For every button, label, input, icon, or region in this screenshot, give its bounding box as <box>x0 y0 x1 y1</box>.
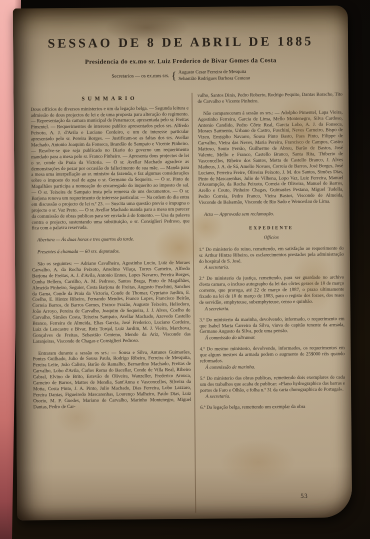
presidency-line: Presidencia do ex.mo sr. Luiz Frederico … <box>13 56 348 66</box>
deputies-present-list: São os seguintes: — Adriano Cavalheiro, … <box>32 260 191 345</box>
abertura-line: Abertura — Ás duas horas e tres quartos … <box>32 236 190 243</box>
officio-text: 4.º Do mesmo ministerio, devolvendo, inf… <box>200 345 345 364</box>
officio-action: A secretaria. <box>199 264 344 271</box>
officio-action: A secretaria. <box>200 393 345 400</box>
session-title: SESSAO DE 8 DE ABRIL DE 1885 <box>13 34 348 52</box>
officio-item-2: 2.º Do ministerio da justiça, remettendo… <box>199 275 344 312</box>
officio-item-6: 6.º Da legação belga, remettendo um exem… <box>200 404 345 411</box>
deputies-absent-list: Não compareceram á sessão os srs.: — Ado… <box>198 109 344 205</box>
deputies-list-continuation: valho, Santos Dinis, Pedro Roberto, Rodr… <box>198 92 343 105</box>
officio-text: 6.º Da legação belga, remettendo um exem… <box>200 404 345 411</box>
presentes-line: Presentes á chamada — 60 srs. deputados. <box>32 248 190 255</box>
officio-item-4: 4.º Do mesmo ministerio, devolvendo, inf… <box>200 345 345 371</box>
brace-glyph: { <box>171 71 176 82</box>
officio-action: Á commissão de marinha. <box>200 364 345 371</box>
officio-item-3: 3.º Do ministerio da marinha, devolvendo… <box>199 316 344 342</box>
officio-text: 2.º Do ministerio da justiça, remettendo… <box>199 275 344 306</box>
two-column-body: SUMMARIO Dous officios de diversos minis… <box>31 92 347 515</box>
acta-line: Acta — Approvada sem reclamação. <box>199 211 344 218</box>
expediente-heading: EXPEDIENTE <box>199 225 344 232</box>
officio-action: Á commissão do ultramar. <box>200 334 345 341</box>
summario-heading: SUMMARIO <box>31 95 189 103</box>
officio-text: 5.º Do ministerio das obras publicas, re… <box>200 374 345 393</box>
page-number: 53 <box>301 493 309 500</box>
officio-text: 3.º Do ministerio da marinha, devolvendo… <box>199 316 344 335</box>
session-header: SESSAO DE 8 DE ABRIL DE 1885 Presidencia… <box>13 6 349 91</box>
officio-item-1: 1.º Do ministerio do reino, remettendo, … <box>199 245 344 271</box>
secretaries-label: Secretarios — os ex.mos srs. <box>112 73 170 79</box>
officio-text: 1.º Do ministerio do reino, remettendo, … <box>199 245 344 264</box>
photo-of-book-page: SESSAO DE 8 DE ABRIL DE 1885 Presidencia… <box>0 0 370 539</box>
right-column: valho, Santos Dinis, Pedro Roberto, Rodr… <box>193 92 347 513</box>
summario-paragraph: Dous officios de diversos ministerios e … <box>31 105 190 231</box>
left-column: SUMMARIO Dous officios de diversos minis… <box>31 93 197 514</box>
officios-heading: Officios <box>199 235 344 242</box>
secretaries-line: Secretarios — os ex.mos srs. { Augusto C… <box>13 68 348 84</box>
document-page: SESSAO DE 8 DE ABRIL DE 1885 Presidencia… <box>13 6 352 521</box>
officio-item-5: 5.º Do ministerio das obras publicas, re… <box>200 374 345 400</box>
deputies-entered-list: Entraram durante a sessão os srs.: — Sou… <box>33 349 192 410</box>
officio-action: A secretaria. <box>199 305 344 312</box>
secretaries-names: Augusto Cesar Ferreira de Mesquita Sebas… <box>178 69 250 82</box>
secretary-name-2: Sebastião Rodrigues Barbosa Centeno <box>178 75 250 82</box>
